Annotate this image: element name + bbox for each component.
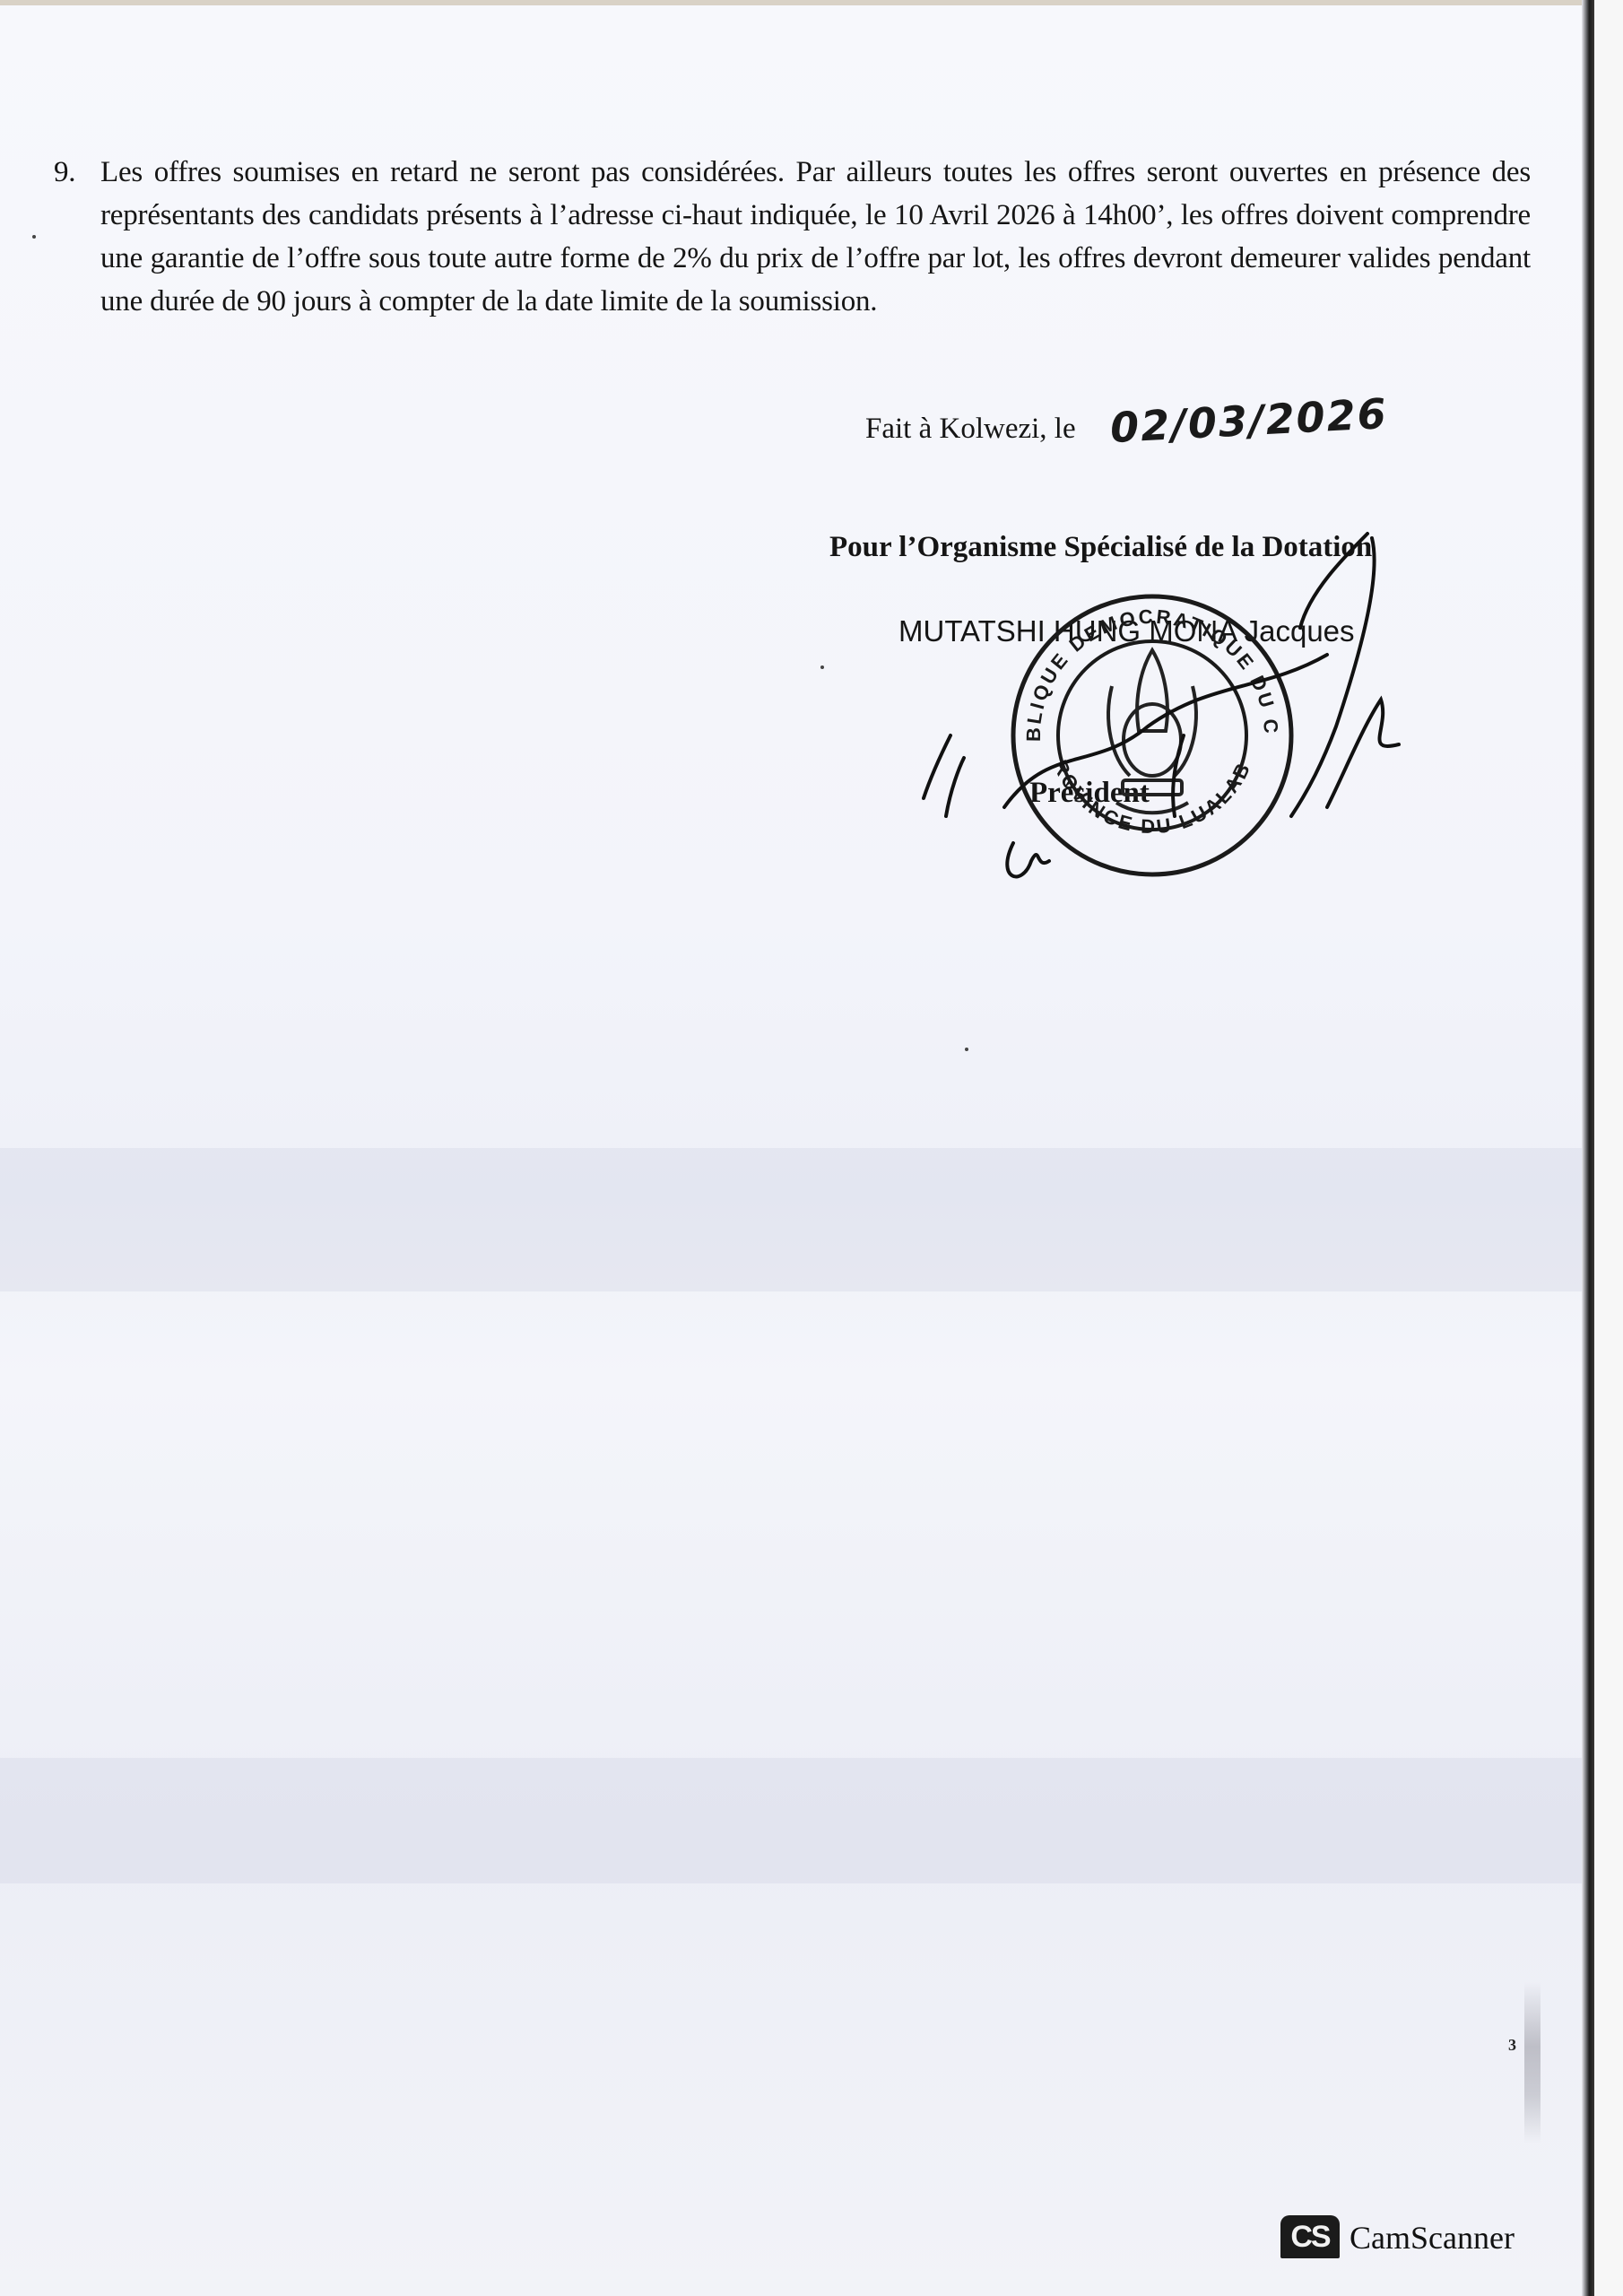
coat-of-arms-icon bbox=[1108, 650, 1196, 813]
scan-shade-band bbox=[0, 1148, 1582, 1291]
paragraph-text: Les offres soumises en retard ne seront … bbox=[100, 151, 1531, 323]
paragraph-number: 9. bbox=[54, 151, 75, 194]
scan-top-edge bbox=[0, 0, 1623, 5]
camscanner-watermark-text: CamScanner bbox=[1350, 2219, 1515, 2257]
camscanner-logo-icon: CS bbox=[1280, 2215, 1340, 2258]
place-date-label: Fait à Kolwezi, le bbox=[865, 413, 1076, 446]
official-stamp: REPUBLIQUE DEMOCRATIQUE DU CONGO PROVINC… bbox=[1004, 587, 1300, 883]
organization-line: Pour l’Organisme Spécialisé de la Dotati… bbox=[829, 531, 1372, 564]
scan-shade-band bbox=[0, 1758, 1582, 1883]
page-marker: 3 bbox=[1508, 2036, 1516, 2055]
scan-speck bbox=[820, 665, 824, 669]
scanned-page: 9. Les offres soumises en retard ne sero… bbox=[0, 0, 1594, 2296]
scan-speck bbox=[32, 235, 36, 239]
handwritten-date: 02/03/2026 bbox=[1109, 389, 1389, 452]
page-marker-shade bbox=[1524, 1982, 1541, 2144]
scan-right-edge-shadow bbox=[1582, 0, 1594, 2296]
scan-speck bbox=[965, 1048, 968, 1051]
scan-right-margin bbox=[1594, 0, 1623, 2296]
